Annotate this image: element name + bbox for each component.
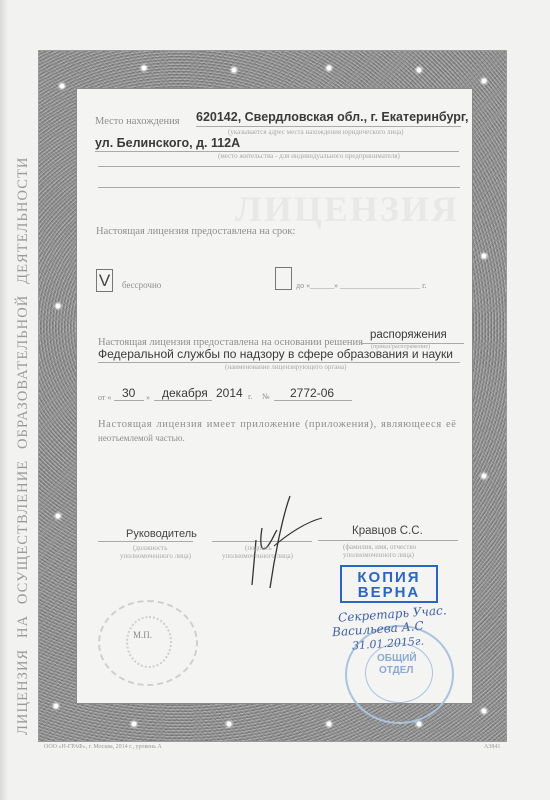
location-line-2: ул. Белинского, д. 112А: [95, 136, 240, 150]
frame-ornament-icon: [224, 719, 234, 729]
until-checkbox[interactable]: [275, 267, 292, 290]
term-label: Настоящая лицензия предоставлена на срок…: [96, 226, 295, 237]
indefinite-checkbox[interactable]: V: [96, 269, 113, 292]
frame-ornament-icon: [129, 719, 139, 729]
paper-edge-shadow: [0, 0, 8, 800]
signature-hint-2: уполномоченного лица): [222, 552, 293, 560]
location-underline-1: [196, 126, 461, 127]
frame-ornament-icon: [53, 301, 63, 311]
handwritten-signature-icon: [230, 490, 330, 590]
frame-ornament-icon: [414, 65, 424, 75]
name-hint-1: (фамилия, имя, отчество: [343, 543, 416, 551]
coat-of-arms-icon: [126, 616, 172, 668]
seal-place-label: М.П.: [133, 630, 152, 640]
frame-ornament-icon: [479, 706, 489, 716]
name-hint-2: уполномоченного лица): [343, 551, 414, 559]
frame-ornament-icon: [324, 719, 334, 729]
frame-ornament-icon: [53, 511, 63, 521]
number-prefix: №: [262, 392, 270, 401]
authority-hint: (наименование лицензирующего органа): [225, 363, 346, 371]
month-underline: [154, 400, 212, 401]
appendix-text-1: Настоящая лицензия имеет приложение (при…: [98, 419, 457, 430]
signer-position: Руководитель: [126, 528, 197, 540]
seal-text-1: ОБЩИЙ: [377, 653, 417, 664]
date-year: 2014: [216, 386, 243, 400]
position-hint-1: (должность: [133, 544, 167, 552]
frame-ornament-icon: [479, 251, 489, 261]
printer-info: ООО «Н-ГРАФ», г. Москва, 2014 г., уровен…: [44, 744, 162, 750]
name-underline: [318, 540, 458, 541]
date-month: декабря: [162, 386, 208, 400]
decision-type: распоряжения: [370, 329, 447, 341]
position-underline: [98, 541, 193, 542]
stamp-line-2: ВЕРНА: [342, 585, 436, 600]
license-number: 2772-06: [290, 386, 334, 400]
frame-ornament-icon: [139, 63, 149, 73]
until-label: до «______» ____________________ г.: [296, 281, 426, 290]
location-label: Место нахождения: [95, 116, 180, 127]
year-suffix: г.: [248, 392, 252, 401]
appendix-text-2: неотъемлемой частью.: [98, 433, 185, 443]
signature-hint-1: (подпись: [245, 544, 272, 552]
location-hint-2: (место жительства - для индивидуального …: [218, 152, 400, 160]
frame-ornament-icon: [57, 81, 67, 91]
location-line-1: 620142, Свердловская обл., г. Екатеринбу…: [196, 110, 468, 124]
seal-text-2: ОТДЕЛ: [379, 665, 413, 676]
position-hint-2: уполномоченного лица): [120, 552, 191, 560]
frame-ornament-icon: [229, 65, 239, 75]
date-prefix: от «: [98, 393, 111, 402]
stamp-line-1: КОПИЯ: [342, 570, 436, 585]
side-title: ЛИЦЕНЗИЯ НА ОСУЩЕСТВЛЕНИЕ ОБРАЗОВАТЕЛЬНО…: [8, 15, 38, 735]
date-day: 30: [122, 386, 135, 400]
form-code: А3841: [484, 744, 500, 750]
indefinite-label: бессрочно: [122, 280, 161, 290]
licensing-authority: Федеральной службы по надзору в сфере об…: [98, 347, 453, 361]
background-watermark: ЛИЦЕНЗИЯ: [235, 188, 459, 230]
signer-name: Кравцов С.С.: [352, 525, 423, 537]
day-underline: [114, 400, 144, 401]
blank-line-1: [98, 166, 460, 167]
date-mid: »: [146, 393, 150, 402]
frame-ornament-icon: [479, 76, 489, 86]
number-underline: [274, 400, 352, 401]
frame-ornament-icon: [51, 701, 61, 711]
frame-ornament-icon: [479, 471, 489, 481]
blank-line-2: [98, 187, 460, 188]
location-hint-1: (указывается адрес места нахождения юрид…: [228, 128, 403, 136]
frame-ornament-icon: [324, 63, 334, 73]
copy-verified-stamp: КОПИЯ ВЕРНА: [340, 565, 438, 603]
